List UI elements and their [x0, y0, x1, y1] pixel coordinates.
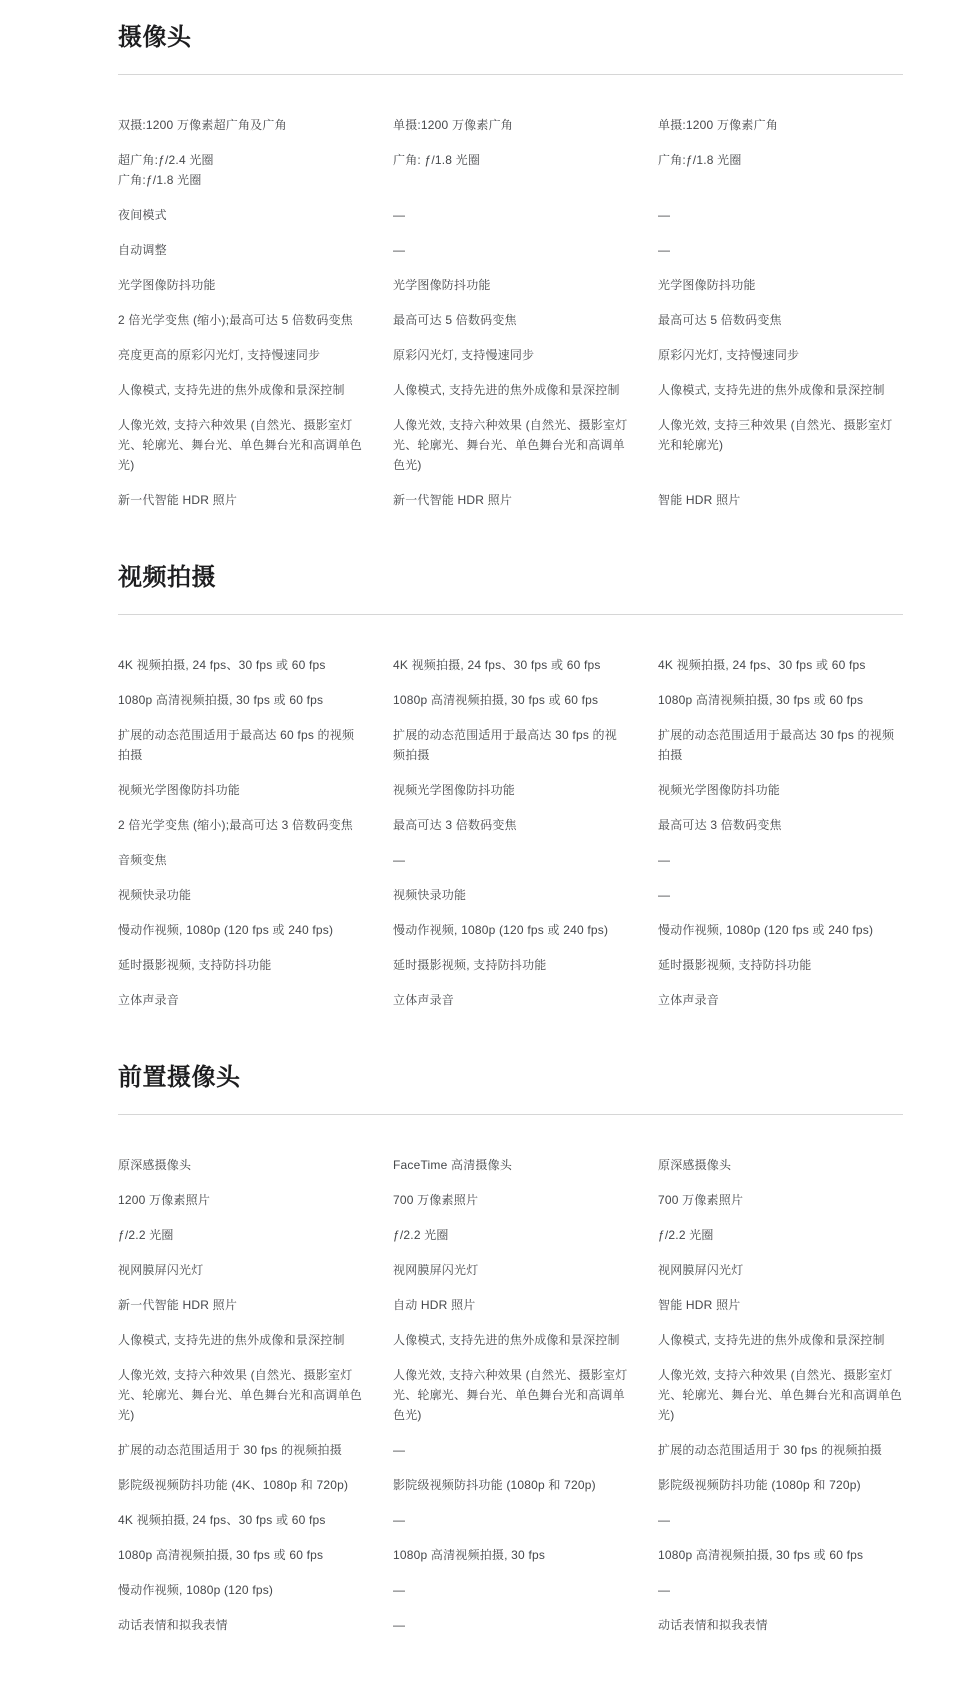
spec-cell: 慢动作视频, 1080p (120 fps 或 240 fps) [118, 920, 363, 940]
spec-row: 夜间模式—— [118, 205, 903, 225]
spec-row: 1080p 高清视频拍摄, 30 fps 或 60 fps1080p 高清视频拍… [118, 690, 903, 710]
spec-cell: 1080p 高清视频拍摄, 30 fps 或 60 fps [658, 1545, 903, 1565]
spec-cell: 最高可达 5 倍数码变焦 [658, 310, 903, 330]
spec-cell: 视频光学图像防抖功能 [118, 780, 363, 800]
spec-cell-empty: — [393, 240, 628, 260]
spec-cell: 最高可达 3 倍数码变焦 [658, 815, 903, 835]
spec-row: 延时摄影视频, 支持防抖功能延时摄影视频, 支持防抖功能延时摄影视频, 支持防抖… [118, 955, 903, 975]
spec-cell: 延时摄影视频, 支持防抖功能 [393, 955, 628, 975]
spec-cell: 视网膜屏闪光灯 [658, 1260, 903, 1280]
spec-cell: 新一代智能 HDR 照片 [393, 490, 628, 510]
spec-cell-empty: — [658, 205, 903, 225]
spec-cell: 最高可达 3 倍数码变焦 [393, 815, 628, 835]
spec-cell-empty: — [658, 850, 903, 870]
spec-cell: 延时摄影视频, 支持防抖功能 [658, 955, 903, 975]
spec-cell: ƒ/2.2 光圈 [658, 1225, 903, 1245]
spec-row: 影院级视频防抖功能 (4K、1080p 和 720p)影院级视频防抖功能 (10… [118, 1475, 903, 1495]
section-divider [118, 74, 903, 75]
spec-cell: 原深感摄像头 [658, 1155, 903, 1175]
spec-cell: ƒ/2.2 光圈 [393, 1225, 628, 1245]
spec-cell-empty: — [393, 1580, 628, 1600]
spec-row: 亮度更高的原彩闪光灯, 支持慢速同步原彩闪光灯, 支持慢速同步原彩闪光灯, 支持… [118, 345, 903, 365]
spec-cell: 光学图像防抖功能 [393, 275, 628, 295]
spec-cell: 人像模式, 支持先进的焦外成像和景深控制 [393, 1330, 628, 1350]
spec-cell: 单摄:1200 万像素广角 [393, 115, 628, 135]
spec-cell: 700 万像素照片 [393, 1190, 628, 1210]
spec-cell-empty: — [658, 885, 903, 905]
section-title: 视频拍摄 [118, 564, 903, 592]
spec-cell-empty: — [393, 1615, 628, 1635]
spec-row: 音频变焦—— [118, 850, 903, 870]
spec-section: 视频拍摄4K 视频拍摄, 24 fps、30 fps 或 60 fps4K 视频… [118, 564, 903, 1010]
spec-cell: 双摄:1200 万像素超广角及广角 [118, 115, 363, 135]
spec-cell-empty: — [658, 240, 903, 260]
spec-cell: 人像模式, 支持先进的焦外成像和景深控制 [658, 380, 903, 400]
spec-cell: FaceTime 高清摄像头 [393, 1155, 628, 1175]
spec-row: 双摄:1200 万像素超广角及广角单摄:1200 万像素广角单摄:1200 万像… [118, 115, 903, 135]
spec-cell: 动话表情和拟我表情 [118, 1615, 363, 1635]
spec-cell: 4K 视频拍摄, 24 fps、30 fps 或 60 fps [118, 1510, 363, 1530]
spec-cell: 智能 HDR 照片 [658, 490, 903, 510]
spec-sections-container: 摄像头双摄:1200 万像素超广角及广角单摄:1200 万像素广角单摄:1200… [118, 24, 903, 1635]
spec-cell-empty: — [658, 1510, 903, 1530]
spec-cell: 1080p 高清视频拍摄, 30 fps 或 60 fps [393, 690, 628, 710]
spec-cell: 扩展的动态范围适用于 30 fps 的视频拍摄 [658, 1440, 903, 1460]
spec-row: 视网膜屏闪光灯视网膜屏闪光灯视网膜屏闪光灯 [118, 1260, 903, 1280]
spec-cell: 音频变焦 [118, 850, 363, 870]
spec-cell: 慢动作视频, 1080p (120 fps 或 240 fps) [393, 920, 628, 940]
spec-cell-empty: — [393, 1510, 628, 1530]
spec-cell: 2 倍光学变焦 (缩小);最高可达 3 倍数码变焦 [118, 815, 363, 835]
spec-row: 新一代智能 HDR 照片自动 HDR 照片智能 HDR 照片 [118, 1295, 903, 1315]
spec-section: 前置摄像头原深感摄像头FaceTime 高清摄像头原深感摄像头1200 万像素照… [118, 1064, 903, 1635]
spec-cell: 2 倍光学变焦 (缩小);最高可达 5 倍数码变焦 [118, 310, 363, 330]
spec-row: 动话表情和拟我表情—动话表情和拟我表情 [118, 1615, 903, 1635]
spec-row: 视频快录功能视频快录功能— [118, 885, 903, 905]
spec-row: 慢动作视频, 1080p (120 fps)—— [118, 1580, 903, 1600]
section-divider [118, 1114, 903, 1115]
spec-cell: 立体声录音 [118, 990, 363, 1010]
spec-row: 2 倍光学变焦 (缩小);最高可达 3 倍数码变焦最高可达 3 倍数码变焦最高可… [118, 815, 903, 835]
spec-row: 扩展的动态范围适用于最高达 60 fps 的视频拍摄扩展的动态范围适用于最高达 … [118, 725, 903, 765]
spec-row: 视频光学图像防抖功能视频光学图像防抖功能视频光学图像防抖功能 [118, 780, 903, 800]
spec-cell: 原深感摄像头 [118, 1155, 363, 1175]
spec-cell: 单摄:1200 万像素广角 [658, 115, 903, 135]
spec-cell: ƒ/2.2 光圈 [118, 1225, 363, 1245]
spec-cell: 人像光效, 支持六种效果 (自然光、摄影室灯光、轮廓光、舞台光、单色舞台光和高调… [393, 415, 628, 475]
spec-section: 摄像头双摄:1200 万像素超广角及广角单摄:1200 万像素广角单摄:1200… [118, 24, 903, 510]
spec-cell: 夜间模式 [118, 205, 363, 225]
spec-row: 人像光效, 支持六种效果 (自然光、摄影室灯光、轮廓光、舞台光、单色舞台光和高调… [118, 1365, 903, 1425]
spec-row: 扩展的动态范围适用于 30 fps 的视频拍摄—扩展的动态范围适用于 30 fp… [118, 1440, 903, 1460]
spec-cell: 立体声录音 [658, 990, 903, 1010]
spec-row: 人像光效, 支持六种效果 (自然光、摄影室灯光、轮廓光、舞台光、单色舞台光和高调… [118, 415, 903, 475]
spec-cell: 影院级视频防抖功能 (1080p 和 720p) [393, 1475, 628, 1495]
spec-cell: 超广角:ƒ/2.4 光圈 广角:ƒ/1.8 光圈 [118, 150, 363, 190]
spec-cell: 亮度更高的原彩闪光灯, 支持慢速同步 [118, 345, 363, 365]
spec-cell: 立体声录音 [393, 990, 628, 1010]
spec-row: 1080p 高清视频拍摄, 30 fps 或 60 fps1080p 高清视频拍… [118, 1545, 903, 1565]
spec-cell: 慢动作视频, 1080p (120 fps 或 240 fps) [658, 920, 903, 940]
spec-cell: 广角: ƒ/1.8 光圈 [393, 150, 628, 190]
spec-cell: 自动 HDR 照片 [393, 1295, 628, 1315]
spec-cell: 扩展的动态范围适用于最高达 30 fps 的视频拍摄 [393, 725, 628, 765]
spec-row: 自动调整—— [118, 240, 903, 260]
spec-row: 1200 万像素照片700 万像素照片700 万像素照片 [118, 1190, 903, 1210]
spec-cell: 人像光效, 支持三种效果 (自然光、摄影室灯光和轮廓光) [658, 415, 903, 475]
spec-row: 4K 视频拍摄, 24 fps、30 fps 或 60 fps4K 视频拍摄, … [118, 655, 903, 675]
spec-row: 立体声录音立体声录音立体声录音 [118, 990, 903, 1010]
spec-cell: 视频快录功能 [118, 885, 363, 905]
spec-row: 新一代智能 HDR 照片新一代智能 HDR 照片智能 HDR 照片 [118, 490, 903, 510]
spec-cell: 人像模式, 支持先进的焦外成像和景深控制 [118, 380, 363, 400]
spec-cell-empty: — [393, 205, 628, 225]
spec-cell: 扩展的动态范围适用于最高达 60 fps 的视频拍摄 [118, 725, 363, 765]
spec-comparison-page: 摄像头双摄:1200 万像素超广角及广角单摄:1200 万像素广角单摄:1200… [0, 0, 960, 1706]
spec-row: 2 倍光学变焦 (缩小);最高可达 5 倍数码变焦最高可达 5 倍数码变焦最高可… [118, 310, 903, 330]
spec-cell-empty: — [658, 1580, 903, 1600]
spec-cell: 原彩闪光灯, 支持慢速同步 [658, 345, 903, 365]
spec-cell: 1080p 高清视频拍摄, 30 fps [393, 1545, 628, 1565]
spec-cell: 视网膜屏闪光灯 [393, 1260, 628, 1280]
spec-cell: 1080p 高清视频拍摄, 30 fps 或 60 fps [658, 690, 903, 710]
spec-cell: 人像光效, 支持六种效果 (自然光、摄影室灯光、轮廓光、舞台光、单色舞台光和高调… [118, 415, 363, 475]
spec-cell: 广角:ƒ/1.8 光圈 [658, 150, 903, 190]
spec-cell: 扩展的动态范围适用于 30 fps 的视频拍摄 [118, 1440, 363, 1460]
spec-cell: 光学图像防抖功能 [118, 275, 363, 295]
spec-cell: 人像模式, 支持先进的焦外成像和景深控制 [118, 1330, 363, 1350]
spec-row: 原深感摄像头FaceTime 高清摄像头原深感摄像头 [118, 1155, 903, 1175]
spec-cell: 自动调整 [118, 240, 363, 260]
spec-cell: 1080p 高清视频拍摄, 30 fps 或 60 fps [118, 690, 363, 710]
spec-cell: 新一代智能 HDR 照片 [118, 1295, 363, 1315]
spec-row: 超广角:ƒ/2.4 光圈 广角:ƒ/1.8 光圈广角: ƒ/1.8 光圈广角:ƒ… [118, 150, 903, 190]
spec-row: 4K 视频拍摄, 24 fps、30 fps 或 60 fps—— [118, 1510, 903, 1530]
spec-cell: 光学图像防抖功能 [658, 275, 903, 295]
spec-cell: 人像光效, 支持六种效果 (自然光、摄影室灯光、轮廓光、舞台光、单色舞台光和高调… [118, 1365, 363, 1425]
spec-cell: 最高可达 5 倍数码变焦 [393, 310, 628, 330]
spec-cell: 影院级视频防抖功能 (4K、1080p 和 720p) [118, 1475, 363, 1495]
spec-cell: 人像模式, 支持先进的焦外成像和景深控制 [393, 380, 628, 400]
spec-row: 人像模式, 支持先进的焦外成像和景深控制人像模式, 支持先进的焦外成像和景深控制… [118, 1330, 903, 1350]
spec-cell: 人像光效, 支持六种效果 (自然光、摄影室灯光、轮廓光、舞台光、单色舞台光和高调… [658, 1365, 903, 1425]
spec-cell: 人像光效, 支持六种效果 (自然光、摄影室灯光、轮廓光、舞台光、单色舞台光和高调… [393, 1365, 628, 1425]
spec-cell: 延时摄影视频, 支持防抖功能 [118, 955, 363, 975]
spec-cell: 动话表情和拟我表情 [658, 1615, 903, 1635]
spec-cell: 视网膜屏闪光灯 [118, 1260, 363, 1280]
spec-cell: 视频快录功能 [393, 885, 628, 905]
section-title: 前置摄像头 [118, 1064, 903, 1092]
spec-cell: 1200 万像素照片 [118, 1190, 363, 1210]
spec-cell: 人像模式, 支持先进的焦外成像和景深控制 [658, 1330, 903, 1350]
spec-cell: 4K 视频拍摄, 24 fps、30 fps 或 60 fps [118, 655, 363, 675]
spec-cell: 视频光学图像防抖功能 [393, 780, 628, 800]
section-title: 摄像头 [118, 24, 903, 52]
spec-cell: 4K 视频拍摄, 24 fps、30 fps 或 60 fps [393, 655, 628, 675]
spec-cell: 慢动作视频, 1080p (120 fps) [118, 1580, 363, 1600]
spec-cell: 新一代智能 HDR 照片 [118, 490, 363, 510]
spec-cell: 视频光学图像防抖功能 [658, 780, 903, 800]
spec-row: 慢动作视频, 1080p (120 fps 或 240 fps)慢动作视频, 1… [118, 920, 903, 940]
spec-cell: 影院级视频防抖功能 (1080p 和 720p) [658, 1475, 903, 1495]
spec-cell: 扩展的动态范围适用于最高达 30 fps 的视频拍摄 [658, 725, 903, 765]
spec-row: 光学图像防抖功能光学图像防抖功能光学图像防抖功能 [118, 275, 903, 295]
section-divider [118, 614, 903, 615]
spec-cell: 4K 视频拍摄, 24 fps、30 fps 或 60 fps [658, 655, 903, 675]
spec-row: ƒ/2.2 光圈ƒ/2.2 光圈ƒ/2.2 光圈 [118, 1225, 903, 1245]
spec-cell: 700 万像素照片 [658, 1190, 903, 1210]
spec-cell-empty: — [393, 1440, 628, 1460]
spec-cell: 1080p 高清视频拍摄, 30 fps 或 60 fps [118, 1545, 363, 1565]
spec-cell: 智能 HDR 照片 [658, 1295, 903, 1315]
spec-row: 人像模式, 支持先进的焦外成像和景深控制人像模式, 支持先进的焦外成像和景深控制… [118, 380, 903, 400]
spec-cell: 原彩闪光灯, 支持慢速同步 [393, 345, 628, 365]
spec-cell-empty: — [393, 850, 628, 870]
